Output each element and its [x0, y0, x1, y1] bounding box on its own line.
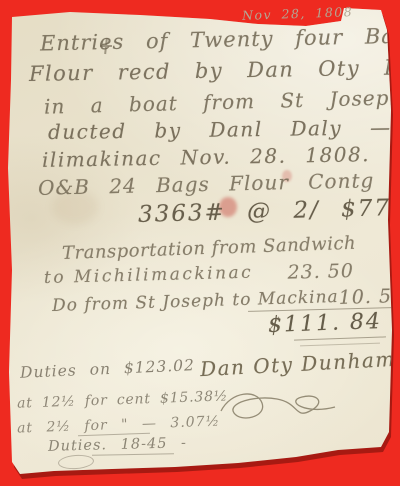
charge-amount: 23. 50 — [287, 260, 354, 284]
insertion-mark — [100, 38, 112, 54]
manuscript-line: Flour recd by Dan Oty Dunham — [29, 54, 400, 86]
signature: Dan Oty Dunham — [200, 347, 397, 381]
flour-weight-and-value-line: 3363# @ 2/ $77.84 — [138, 194, 400, 228]
pencil-flourish-oval — [58, 454, 95, 470]
charge-row: Transportation from Sandwich — [62, 235, 293, 264]
manuscript-line: ducted by Danl Daly — Mich- — [48, 114, 400, 144]
total-underline — [294, 336, 386, 340]
manuscript-line: in a boat from St Joseph con- — [44, 83, 400, 118]
total-underline — [300, 343, 380, 347]
total-amount: $111. 84 — [268, 309, 383, 338]
duties-total-line: Duties. 18-45 - — [48, 435, 187, 455]
duties-line: Duties on $123.02 — [20, 356, 196, 382]
manuscript-paper: Entries of Twenty four Bags of Flour rec… — [0, 0, 400, 486]
signature-flourish — [213, 383, 343, 429]
charge-label: to Michilimackinac — [44, 263, 254, 290]
manuscript-line: ilimakinac Nov. 28. 1808. — [42, 142, 370, 172]
photographed-receipt: Entries of Twenty four Bags of Flour rec… — [0, 0, 400, 486]
archival-date-annotation: Nov 28, 1808 — [242, 4, 354, 23]
duties-total-underline — [92, 453, 174, 456]
duties-line: at 12½ for cent $15.38½ — [17, 388, 229, 411]
manuscript-line: Entries of Twenty four Bags of — [40, 23, 400, 56]
manuscript-line: O&B 24 Bags Flour Contg — [38, 168, 375, 200]
charge-label: Transportation from Sandwich — [62, 233, 357, 264]
charge-row: to Michilimackinac 23. 50 — [44, 260, 354, 290]
signature-flourish-drawing — [213, 383, 343, 425]
